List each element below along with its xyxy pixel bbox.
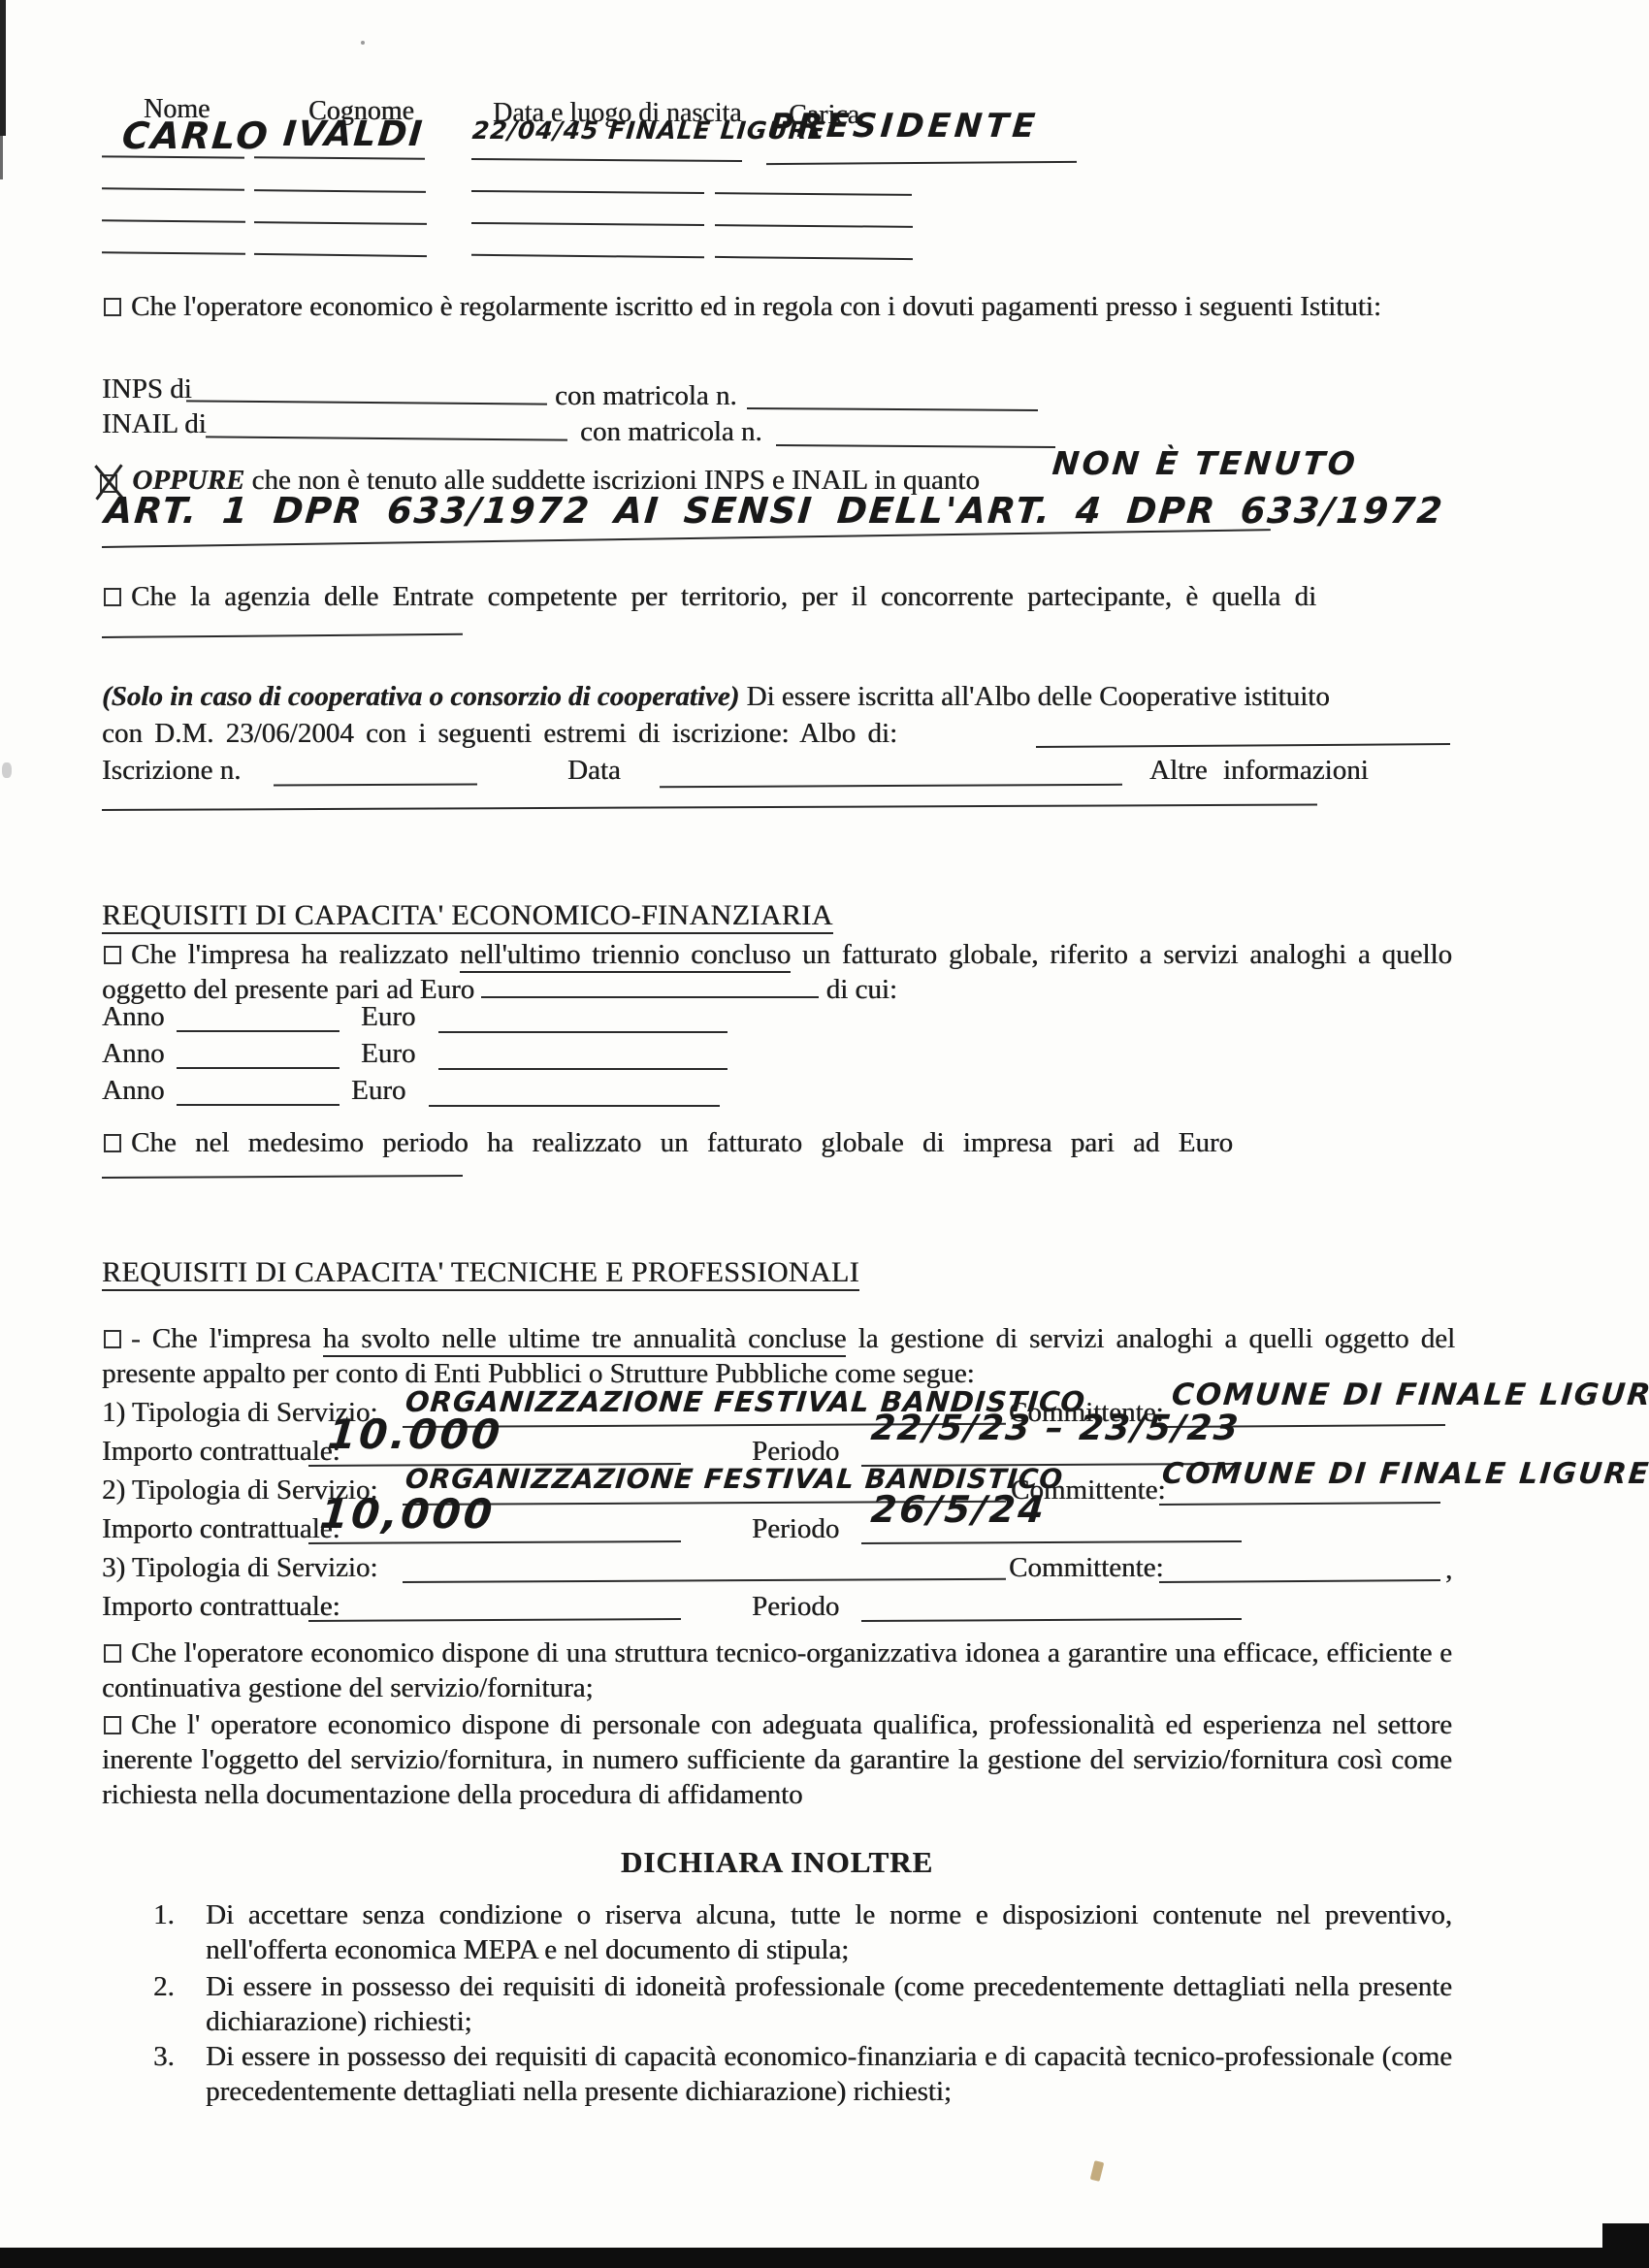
heading-text: REQUISITI DI CAPACITA' TECNICHE E PROFES… [102,1256,859,1291]
checkbox-icon [104,588,121,606]
checkbox-icon [104,298,121,316]
list-item-number: 1. [153,1897,175,1932]
entry2-periodo-label: Periodo [752,1511,839,1546]
section-heading-economico: REQUISITI DI CAPACITA' ECONOMICO-FINANZI… [102,898,833,933]
iscrizione-intro-text: Che l'operatore economico è regolarmente… [131,291,1381,322]
struttura-text: Che l'operatore economico dispone di una… [102,1637,1452,1703]
anno-field [177,1030,339,1032]
entry-number: 2) [102,1474,125,1506]
oppure-reason-field [102,529,1271,548]
blank-line [102,155,244,158]
personale-text: Che l' operatore economico dispone di pe… [102,1709,1452,1810]
entry2-importo-label: Importo contrattuale: [102,1511,340,1546]
blank-line [102,251,245,255]
entry3-committente-label: Committente: [1009,1550,1164,1585]
anno-label: Anno [102,999,164,1034]
list-item: Di essere in possesso dei requisiti di i… [206,1969,1452,2039]
blank-line [102,187,244,191]
albo-di-field [1036,743,1450,748]
section-heading-tecnico: REQUISITI DI CAPACITA' TECNICHE E PROFES… [102,1255,859,1290]
fatturato-globale-text: Che nel medesimo periodo ha realizzato u… [131,1127,1233,1158]
fatturato-start: Che l'impresa ha realizzato [131,939,448,970]
scan-corner-artifact [1602,2223,1649,2268]
inail-di-field [206,436,567,440]
anno-label: Anno [102,1073,164,1108]
checkbox-icon [104,1644,121,1663]
handwritten-nome-value: CARLO [120,114,272,157]
handwritten-cognome-value: IVALDI [281,114,425,154]
entry3-importo-field [308,1618,681,1622]
checkbox-icon [104,1716,121,1734]
altre-informazioni-field [102,804,1317,811]
euro-field [429,1105,720,1107]
entry-number: 1) [102,1397,125,1428]
blank-line [254,221,427,225]
handwritten-carica-value: PRESIDENTE [767,107,1040,146]
blank-line [254,189,426,193]
anno-field [177,1104,339,1106]
blank-line [715,192,912,196]
euro-label: Euro [361,1036,415,1071]
paragraph-fatturato-servizi: Che l'impresa ha realizzato nell'ultimo … [102,937,1452,1007]
blank-line [254,156,425,160]
euro-label: Euro [361,999,415,1034]
tipologia-label: Tipologia di Servizio: [132,1552,378,1583]
euro-label: Euro [351,1073,405,1108]
agenzia-entrate-field [102,633,463,638]
entry3-tipologia-label: 3) Tipologia di Servizio: [102,1550,377,1585]
iscrizione-n-label: Iscrizione n. [102,753,241,788]
blank-line [471,158,742,162]
paragraph-fatturato-globale: Che nel medesimo periodo ha realizzato u… [102,1125,1233,1160]
inail-label: INAIL di [102,406,207,441]
inps-label: INPS di [102,372,192,406]
handwritten-entry2-periodo: 26/5/24 [869,1488,1049,1531]
handwritten-entry1-importo: 10.000 [326,1410,504,1458]
checkbox-icon [104,1134,121,1152]
scan-edge-artifact [0,136,3,179]
iscrizione-n-field [274,783,477,786]
blank-line [766,161,1077,165]
paragraph-iscrizione-istituti: Che l'operatore economico è regolarmente… [102,289,1452,324]
handwritten-oppure-reason-2: ART. 1 DPR 633/1972 AI SENSI DELL'ART. 4… [103,490,1445,532]
list-item: Di accettare senza condizione o riserva … [206,1897,1452,1967]
blank-line [254,253,427,257]
handwritten-entry2-committente: COMUNE DI FINALE LIGURE [1160,1457,1649,1491]
entry3-periodo-label: Periodo [752,1589,839,1624]
servizi-underlined: ha svolto nelle ultime tre annualità con… [323,1323,847,1357]
entry-number: 3) [102,1552,125,1583]
servizi-start: - Che l'impresa [131,1323,311,1354]
entry3-trailing-comma: , [1445,1552,1452,1587]
agenzia-entrate-text: Che la agenzia delle Entrate competente … [131,581,1316,612]
blank-line [715,224,913,228]
paragraph-agenzia-entrate: Che la agenzia delle Entrate competente … [102,579,1316,614]
euro-field [438,1031,727,1033]
cooperativa-lead: (Solo in caso di cooperativa o consorzio… [102,681,739,712]
data-field [660,784,1122,788]
blank-line [471,254,704,259]
scan-smudge [2,762,12,778]
data-label: Data [567,753,621,788]
blank-line [715,256,913,260]
inps-matricola-field [747,407,1038,411]
paragraph-cooperativa-line1: (Solo in caso di cooperativa o consorzio… [102,679,1330,714]
checkbox-icon [104,1330,121,1348]
entry3-importo-label: Importo contrattuale: [102,1589,340,1624]
blank-line [102,219,245,223]
entry3-periodo-field [861,1618,1242,1622]
checked-checkbox-icon [100,474,116,491]
list-item: Di essere in possesso dei requisiti di c… [206,2039,1452,2109]
blank-line [471,222,704,226]
entry2-periodo-field [861,1540,1242,1544]
scan-speckle [361,41,365,45]
scan-bottom-bar [0,2248,1649,2268]
entry2-committente-field [1159,1502,1440,1506]
paragraph-struttura-tecnico-organizzativa: Che l'operatore economico dispone di una… [102,1636,1452,1705]
fatturato-euro-field [481,977,819,998]
inps-di-field [186,400,547,405]
fatturato-end: di cui: [826,974,897,1005]
anno-field [177,1067,339,1069]
handwritten-oppure-reason-1: NON È TENUTO [1051,444,1359,482]
inps-matricola-label: con matricola n. [555,378,737,413]
inail-matricola-label: con matricola n. [580,414,762,449]
list-item-number: 2. [153,1969,175,2004]
scanned-document-page: Nome Cognome Data e luogo di nascita Car… [0,0,1649,2268]
inail-matricola-field [776,444,1055,448]
altre-informazioni-label: Altre informazioni [1149,753,1369,788]
dichiara-inoltre-heading: DICHIARA INOLTRE [102,1845,1452,1880]
heading-text: REQUISITI DI CAPACITA' ECONOMICO-FINANZI… [102,899,833,934]
handwritten-entry1-periodo: 22/5/23 – 23/5/23 [869,1409,1242,1448]
checkbox-icon [104,946,121,964]
scan-smudge [1090,2160,1105,2182]
euro-field [438,1068,727,1070]
cooperativa-line1-text: Di essere iscritta all'Albo delle Cooper… [747,681,1330,712]
entry2-importo-field [308,1540,681,1544]
anno-label: Anno [102,1036,164,1071]
fatturato-globale-field [102,1175,463,1179]
handwritten-entry2-importo: 10,000 [318,1490,497,1538]
scan-edge-artifact [0,0,6,136]
paragraph-personale-qualificato: Che l' operatore economico dispone di pe… [102,1707,1452,1812]
list-item-number: 3. [153,2039,175,2074]
paragraph-cooperativa-line2: con D.M. 23/06/2004 con i seguenti estre… [102,716,897,751]
handwritten-entry1-committente: COMUNE DI FINALE LIGURE [1170,1377,1649,1412]
entry1-importo-label: Importo contrattuale: [102,1434,340,1469]
fatturato-underlined: nell'ultimo triennio concluso [460,939,791,973]
blank-line [471,190,704,194]
entry3-committente-field [1159,1579,1440,1583]
entry3-tipologia-field [403,1578,1006,1583]
